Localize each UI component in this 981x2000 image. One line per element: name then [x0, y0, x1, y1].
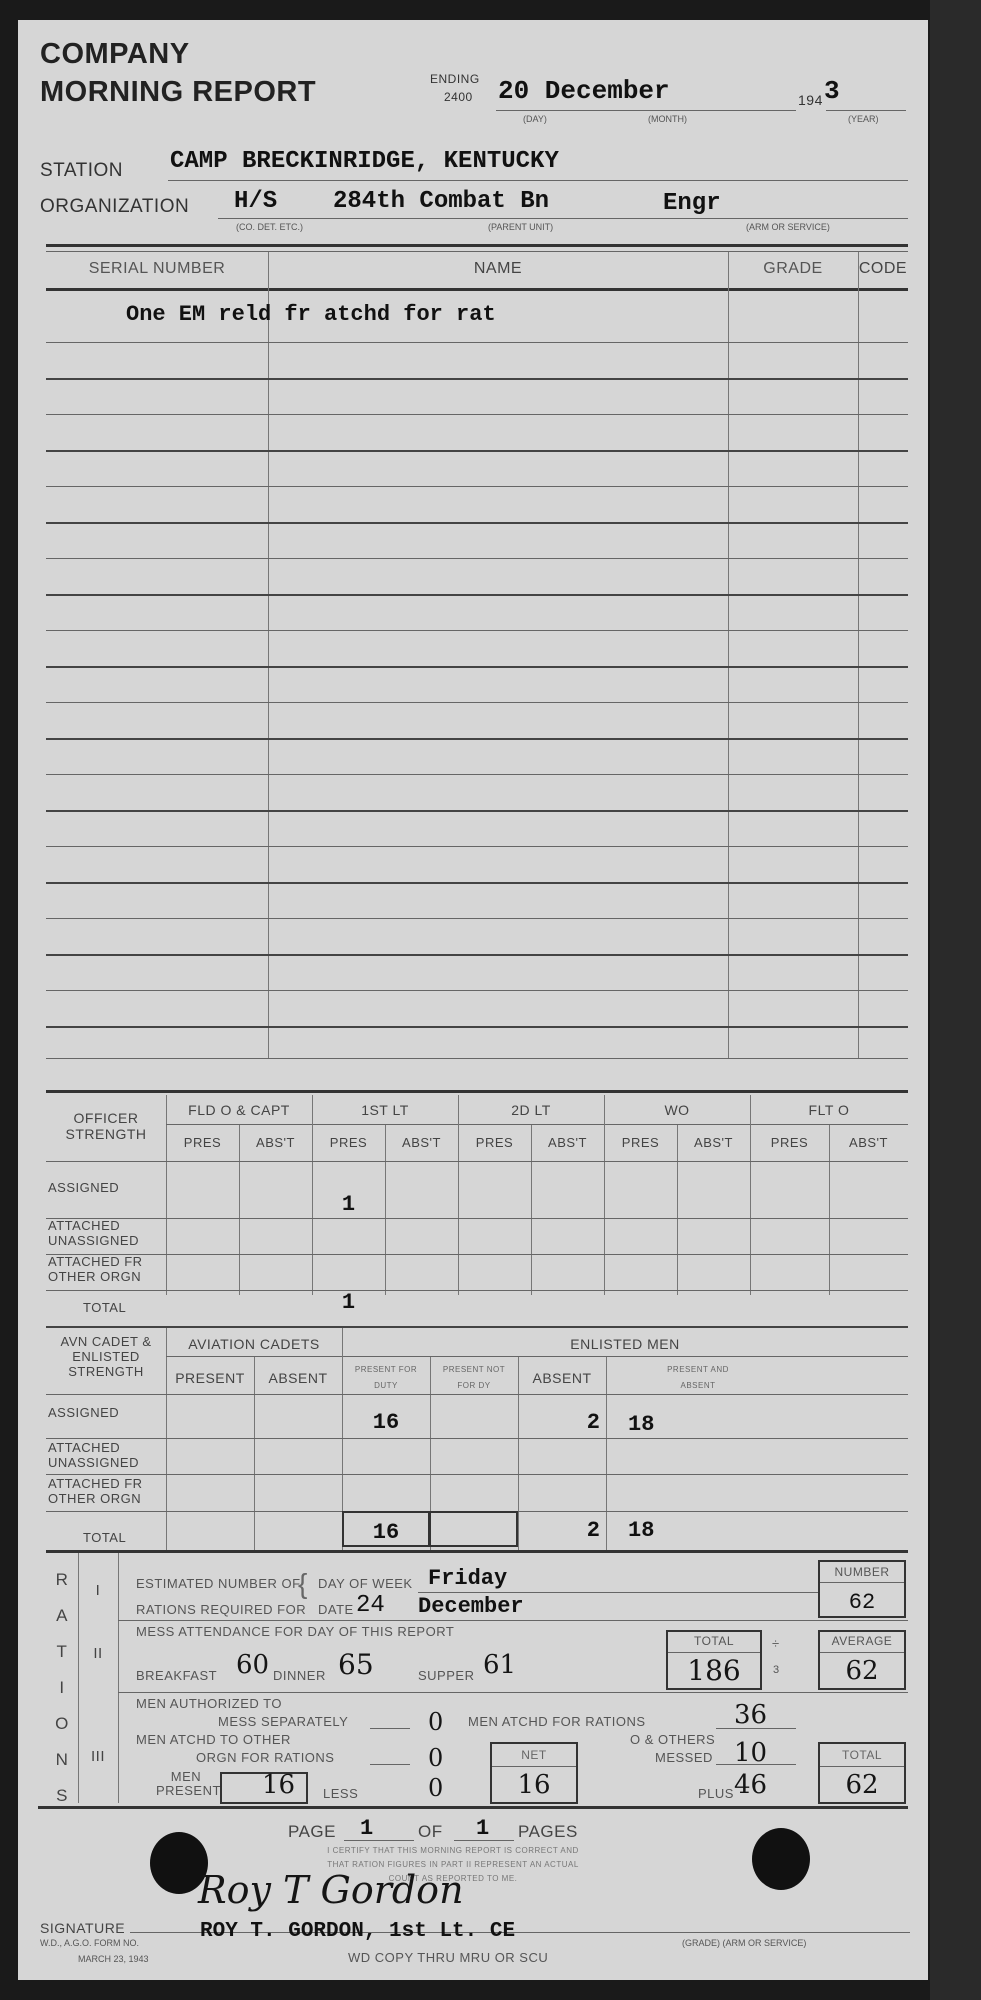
- col-em-present-and-absent: PRESENT AND ABSENT: [658, 1362, 738, 1394]
- form-date: MARCH 23, 1943: [78, 1954, 149, 1964]
- scan-edge: [930, 0, 981, 2000]
- divide-icon: ÷: [772, 1636, 780, 1651]
- month-caption: (MONTH): [648, 114, 687, 124]
- signer-typed-name: ROY T. GORDON, 1st Lt. CE: [200, 1920, 515, 1943]
- officer-assigned-1st-lt-pres: 1: [312, 1192, 385, 1217]
- em-total-present-and-absent: 18: [628, 1518, 654, 1543]
- rations-total-label: TOTAL: [818, 1748, 906, 1762]
- pages-value: 1: [476, 1816, 489, 1841]
- subcol-pres: PRES: [458, 1135, 531, 1150]
- mess-sep-value: 0: [428, 1708, 443, 1736]
- form-title-line1: COMPANY: [40, 38, 190, 71]
- subcol-pres: PRES: [312, 1135, 385, 1150]
- caption-co: (CO. DET. ETC.): [236, 222, 303, 232]
- subcol-abst: ABS'T: [677, 1135, 750, 1150]
- morning-report-form: COMPANY MORNING REPORT ENDING 2400 20 De…: [18, 20, 928, 1980]
- organization-unit: H/S: [234, 188, 277, 215]
- others-messed-label-line2: MESSED: [655, 1750, 713, 1765]
- of-label: OF: [418, 1822, 443, 1842]
- officer-row-total: TOTAL: [83, 1300, 126, 1315]
- group-2d-lt: 2D LT: [458, 1102, 604, 1118]
- supper-value: 61: [483, 1650, 516, 1680]
- form-number: W.D., A.G.O. FORM NO.: [40, 1938, 139, 1948]
- subcol-abst: ABS'T: [829, 1135, 908, 1150]
- punch-hole-right: [752, 1828, 810, 1890]
- less-value: 0: [428, 1774, 443, 1802]
- enlisted-strength-title: AVN CADET & ENLISTED STRENGTH: [46, 1334, 166, 1379]
- organization-parent: 284th Combat Bn: [333, 188, 549, 215]
- rations-total-value: 62: [818, 1770, 906, 1800]
- organization-label: ORGANIZATION: [40, 196, 189, 218]
- subcol-abst: ABS'T: [385, 1135, 458, 1150]
- enlisted-row-attached-fr-other: ATTACHED FR OTHER ORGN: [48, 1476, 164, 1506]
- em-total-present-for-duty: 16: [342, 1520, 430, 1545]
- average-label: AVERAGE: [818, 1634, 906, 1648]
- net-value: 16: [490, 1770, 578, 1800]
- col-em-present-not-for-dy: PRESENT NOT FOR DY: [438, 1362, 510, 1394]
- plus-value: 46: [734, 1770, 767, 1800]
- officer-row-assigned: ASSIGNED: [48, 1180, 119, 1195]
- officer-total-1st-lt-pres: 1: [312, 1290, 385, 1315]
- enlisted-row-total: TOTAL: [83, 1530, 126, 1545]
- copy-note: WD COPY THRU MRU OR SCU: [348, 1950, 548, 1965]
- signature-label: SIGNATURE: [40, 1920, 125, 1936]
- subcol-abst: ABS'T: [239, 1135, 312, 1150]
- breakfast-value: 60: [236, 1650, 269, 1680]
- col-code: CODE: [858, 260, 908, 278]
- supper-label: SUPPER: [418, 1668, 474, 1683]
- roster-entry: One EM reld fr atchd for rat: [126, 302, 496, 327]
- dinner-value: 65: [338, 1648, 374, 1681]
- page-value: 1: [360, 1816, 373, 1841]
- divisor: 3: [773, 1664, 780, 1676]
- enlisted-row-assigned: ASSIGNED: [48, 1405, 119, 1420]
- part-1-label-line2: RATIONS REQUIRED FOR: [136, 1602, 306, 1617]
- subcol-pres: PRES: [750, 1135, 829, 1150]
- col-grade: GRADE: [728, 260, 858, 278]
- ration-date-day: 24: [356, 1592, 385, 1619]
- group-aviation-cadets: AVIATION CADETS: [166, 1336, 342, 1352]
- rations-side-label: R A T I O N S: [46, 1562, 78, 1814]
- group-fld-o-capt: FLD O & CAPT: [166, 1102, 312, 1118]
- caption-parent: (PARENT UNIT): [488, 222, 553, 232]
- average-value: 62: [818, 1656, 906, 1686]
- mess-total-value: 186: [666, 1654, 762, 1687]
- form-title-line2: MORNING REPORT: [40, 76, 316, 109]
- ending-label: ENDING: [430, 72, 480, 86]
- ending-time: 2400: [444, 90, 473, 104]
- officer-row-attached-fr-other: ATTACHED FR OTHER ORGN: [48, 1254, 164, 1284]
- station-label: STATION: [40, 160, 123, 182]
- officer-row-attached-unassigned: ATTACHED UNASSIGNED: [48, 1218, 164, 1248]
- less-label: LESS: [323, 1786, 358, 1801]
- subcol-abst: ABS'T: [531, 1135, 604, 1150]
- organization-service: Engr: [663, 190, 721, 217]
- brace-icon: {: [298, 1568, 308, 1600]
- subcol-pres: PRES: [166, 1135, 239, 1150]
- atchd-rations-label: MEN ATCHD FOR RATIONS: [468, 1714, 646, 1729]
- pages-label: PAGES: [518, 1822, 578, 1842]
- group-1st-lt: 1ST LT: [312, 1102, 458, 1118]
- em-assigned-present-and-absent: 18: [628, 1412, 654, 1437]
- signature-script: Roy T Gordon: [198, 1868, 464, 1912]
- year-caption: (YEAR): [848, 114, 879, 124]
- ration-date-month: December: [418, 1594, 524, 1619]
- others-messed-label-line1: O & OTHERS: [630, 1732, 715, 1747]
- mess-sep-label-line2: MESS SEPARATELY: [218, 1714, 348, 1729]
- group-wo: WO: [604, 1102, 750, 1118]
- certify-line1: I CERTIFY THAT THIS MORNING REPORT IS CO…: [238, 1846, 668, 1855]
- part-1-label-line1: ESTIMATED NUMBER OF: [136, 1576, 301, 1591]
- em-total-absent: 2: [518, 1518, 606, 1543]
- em-assigned-absent: 2: [518, 1410, 606, 1435]
- atchd-other-label-line1: MEN ATCHD TO OTHER: [136, 1732, 291, 1747]
- plus-label: PLUS: [698, 1786, 734, 1801]
- col-name: NAME: [268, 260, 728, 278]
- mess-sep-label-line1: MEN AUTHORIZED TO: [136, 1696, 282, 1711]
- part-2-numeral: II: [78, 1645, 118, 1662]
- dinner-label: DINNER: [273, 1668, 326, 1683]
- col-cadets-absent: ABSENT: [254, 1370, 342, 1386]
- day-of-week-label: DAY OF WEEK: [318, 1576, 413, 1591]
- col-cadets-present: PRESENT: [166, 1370, 254, 1386]
- grade-caption: (GRADE) (ARM OR SERVICE): [682, 1938, 806, 1948]
- net-label: NET: [490, 1748, 578, 1762]
- col-em-present-for-duty: PRESENT FOR DUTY: [354, 1362, 418, 1394]
- men-present-label: MEN PRESENT: [156, 1770, 216, 1798]
- year-digit: 3: [824, 76, 840, 106]
- subcol-pres: PRES: [604, 1135, 677, 1150]
- col-serial-number: SERIAL NUMBER: [46, 260, 268, 278]
- atchd-other-value: 0: [428, 1744, 443, 1772]
- col-em-absent: ABSENT: [518, 1370, 606, 1386]
- atchd-rations-value: 36: [734, 1700, 767, 1730]
- page-label: PAGE: [288, 1822, 336, 1842]
- number-label: NUMBER: [818, 1565, 906, 1579]
- breakfast-label: BREAKFAST: [136, 1668, 217, 1683]
- part-3-numeral: III: [78, 1748, 118, 1765]
- caption-arm: (ARM OR SERVICE): [746, 222, 830, 232]
- mess-attendance-title: MESS ATTENDANCE FOR DAY OF THIS REPORT: [136, 1624, 454, 1639]
- men-present-value: 16: [262, 1770, 295, 1800]
- part-1-numeral: I: [78, 1582, 118, 1599]
- atchd-other-label-line2: ORGN FOR RATIONS: [196, 1750, 334, 1765]
- report-date: 20 December: [498, 76, 670, 106]
- year-prefix: 194: [798, 92, 823, 108]
- ration-date-label: DATE: [318, 1602, 354, 1617]
- day-caption: (DAY): [523, 114, 547, 124]
- group-flt-o: FLT O: [750, 1102, 908, 1118]
- em-assigned-present-for-duty: 16: [342, 1410, 430, 1435]
- enlisted-row-attached-unassigned: ATTACHED UNASSIGNED: [48, 1440, 164, 1470]
- day-of-week-value: Friday: [428, 1566, 507, 1591]
- number-value: 62: [818, 1590, 906, 1615]
- group-enlisted-men: ENLISTED MEN: [342, 1336, 908, 1352]
- mess-total-label: TOTAL: [666, 1634, 762, 1648]
- officer-strength-title: OFFICER STRENGTH: [46, 1110, 166, 1142]
- station-value: CAMP BRECKINRIDGE, KENTUCKY: [170, 148, 559, 175]
